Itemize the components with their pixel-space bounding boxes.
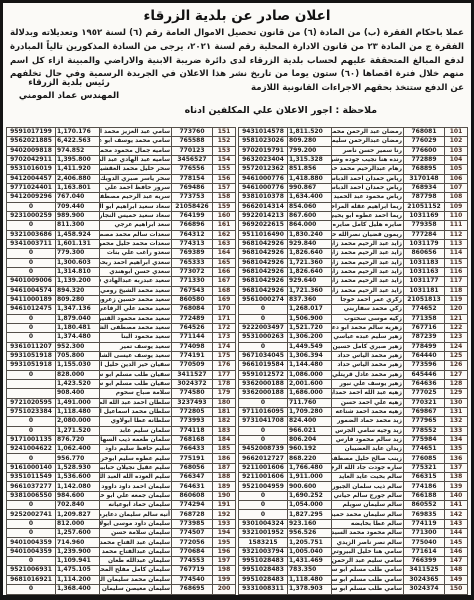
cell-account: 21051813 bbox=[404, 295, 445, 304]
signature-block: رئيس بلدية الزرقاء المهندس عماد المومني bbox=[11, 77, 127, 102]
cell-national_id: 9161000140 bbox=[7, 463, 56, 472]
cell-account: 774540 bbox=[172, 575, 213, 584]
cell-serial: 119 bbox=[445, 295, 468, 304]
cell-account: 766347 bbox=[172, 473, 213, 482]
cell-name: زهير محمد عادل قريتلي bbox=[332, 370, 404, 379]
cell-serial: 105 bbox=[445, 165, 468, 174]
cell-amount: 806.204 bbox=[288, 435, 332, 444]
table-row: 199774540سليمان محمد سليمان المرزوق1,114… bbox=[7, 575, 236, 584]
cell-national_id: 9231000259 bbox=[7, 211, 56, 220]
cell-account: 3024374 bbox=[404, 585, 445, 595]
cell-serial: 116 bbox=[445, 267, 468, 276]
cell-national_id: 0 bbox=[239, 426, 288, 435]
cell-amount: 952.300 bbox=[56, 342, 100, 351]
cell-name: سليمان احمد داود داوود bbox=[100, 482, 172, 491]
cell-amount: 1,268.017 bbox=[288, 305, 332, 314]
fees-note: ملاحظة : اجور الاعلان علي المكلفين ادناه bbox=[185, 105, 377, 116]
cell-name: زايد عبد الرحيم محمد زايد bbox=[332, 239, 404, 248]
cell-account: 775321 bbox=[404, 463, 445, 472]
announcement-page: اعلان صادر عن بلدية الزرقاء عملا باحكام … bbox=[0, 0, 474, 600]
cell-serial: 160 bbox=[213, 211, 236, 220]
cell-national_id: 0 bbox=[7, 557, 56, 566]
cell-national_id: 9731041708 bbox=[239, 417, 288, 426]
cell-serial: 192 bbox=[213, 510, 236, 519]
cell-serial: 102 bbox=[445, 137, 468, 146]
cell-national_id: 9301004324 bbox=[239, 519, 288, 528]
cell-account: 777025 bbox=[404, 389, 445, 398]
cell-amount: 714.960 bbox=[56, 538, 100, 547]
cell-account: 774507 bbox=[172, 529, 213, 538]
cell-name: زهيه عبد الله احمد حمدان bbox=[332, 389, 404, 398]
cell-serial: 171 bbox=[213, 314, 236, 323]
cell-account: 775040 bbox=[404, 538, 445, 547]
cell-amount: 799.200 bbox=[288, 146, 332, 155]
cell-name: زهير محمد الياس حداد bbox=[332, 361, 404, 370]
cell-amount: 929.640 bbox=[288, 277, 332, 286]
cell-national_id: 9562021885 bbox=[7, 137, 56, 146]
cell-serial: 147 bbox=[445, 557, 468, 566]
table-row: 146771614سامي هنا خليل البيروتي وشركاه1,… bbox=[239, 547, 468, 556]
cell-serial: 104 bbox=[445, 155, 468, 164]
cell-serial: 152 bbox=[213, 137, 236, 146]
cell-account: 773072 bbox=[172, 267, 213, 276]
table-row: 166773072سعدي حسن ابوهندي1,314.8100 bbox=[7, 267, 236, 276]
cell-amount: 1,144.480 bbox=[288, 361, 332, 370]
cell-account: 774098 bbox=[172, 342, 213, 351]
cell-national_id bbox=[7, 379, 56, 388]
cell-account: 787239 bbox=[404, 333, 445, 342]
cell-amount: 867.600 bbox=[288, 211, 332, 220]
cell-name: سفيان طلب مسلم ابو سرحان bbox=[100, 379, 172, 388]
cell-name: زينب صالح خليل مصطفى bbox=[332, 454, 404, 463]
cell-amount: 868.220 bbox=[288, 454, 332, 463]
cell-account: 771144 bbox=[172, 333, 213, 342]
cell-national_id: 0 bbox=[239, 314, 288, 323]
cell-name: سامي طلب مسلم ابو سرحان bbox=[332, 575, 404, 584]
cell-serial: 190 bbox=[213, 491, 236, 500]
cell-name: سلمان طعمه ذيب السهاونه bbox=[100, 435, 172, 444]
table-row: 101768081رمضان عبد الرحمن محمد طعيمة1,81… bbox=[239, 128, 468, 137]
cell-serial: 151 bbox=[213, 128, 236, 137]
cell-serial: 144 bbox=[445, 529, 468, 538]
cell-amount: 1,180.481 bbox=[56, 323, 100, 332]
cell-account: 774652 bbox=[404, 305, 445, 314]
cell-name: سفيان طلب مسلم ابو سرحان bbox=[100, 370, 172, 379]
cell-name: سامي طلب مسلم ابو سرحان bbox=[332, 566, 404, 575]
cell-account: 769835 bbox=[404, 510, 445, 519]
cell-national_id: 9401004359 bbox=[7, 538, 56, 547]
cell-serial: 113 bbox=[445, 239, 468, 248]
cell-amount: 1,118.480 bbox=[56, 407, 100, 416]
table-row: 1131031179زايد عبد الرحيم محمد زايد929.8… bbox=[239, 239, 468, 248]
cell-account: 772056 bbox=[172, 538, 213, 547]
cell-amount: 929.840 bbox=[288, 239, 332, 248]
cell-national_id bbox=[7, 389, 56, 398]
cell-serial: 110 bbox=[445, 211, 468, 220]
cell-account: 772805 bbox=[172, 407, 213, 416]
cell-amount: 767.040 bbox=[56, 193, 100, 202]
cell-name: سلطانه عطا ابولاوي bbox=[100, 417, 172, 426]
cell-amount: 1,475.105 bbox=[56, 566, 100, 575]
cell-amount: 1,271.520 bbox=[56, 426, 100, 435]
cell-account: 778499 bbox=[404, 342, 445, 351]
cell-serial: 108 bbox=[445, 193, 468, 202]
table-row: 181772805سلطان محمد اسماعيل الفريحات و ش… bbox=[7, 407, 236, 416]
table-row: 145775040سالم نصر ناصر الزيدي1,205.75115… bbox=[239, 538, 468, 547]
table-row: 132777965زيد محمد حماد الضمور824.4009731… bbox=[239, 417, 468, 426]
table-row: 192768728أنيه سالم سليمان دعايره1,209.82… bbox=[7, 510, 236, 519]
table-row: 133778552زيد وجيه سامي الجرس966.0210 bbox=[239, 426, 468, 435]
cell-name: سليم حافظ سليم داود bbox=[100, 445, 172, 454]
cell-amount: 1,709.280 bbox=[288, 407, 332, 416]
signature-name: المهندس عماد المومني bbox=[11, 90, 127, 103]
cell-account: 771614 bbox=[404, 547, 445, 556]
cell-amount: 1,054.000 bbox=[288, 501, 332, 510]
table-row: 141860552سالم سليمان سويلم1,054.0000 bbox=[239, 501, 468, 510]
table-row: 194774507سليمان سلامة حسن1,257.6000 bbox=[7, 529, 236, 538]
cell-serial: 164 bbox=[213, 249, 236, 258]
cell-amount: 1,205.751 bbox=[288, 538, 332, 547]
cell-serial: 123 bbox=[445, 333, 468, 342]
table-row: 190860608سليمان جمعه علي ابو خرمه984.600… bbox=[7, 491, 236, 500]
cell-serial: 141 bbox=[445, 501, 468, 510]
cell-serial: 197 bbox=[213, 557, 236, 566]
cell-national_id: 9381006550 bbox=[7, 491, 56, 500]
cell-amount: 1,315.328 bbox=[288, 155, 332, 164]
cell-amount: 1,879.040 bbox=[56, 314, 100, 323]
cell-amount: 1,347.136 bbox=[56, 305, 100, 314]
cell-account: 764440 bbox=[404, 351, 445, 360]
table-row: 140766188سالم جورج سالم حياني1,690.2520 bbox=[239, 491, 468, 500]
table-row: 172764526سعيد محمد مصطفى الشناوي1,180.48… bbox=[7, 323, 236, 332]
cell-name: سعاد سعيد خميس النجار bbox=[100, 211, 172, 220]
cell-name: سالم عطا بخايضه bbox=[332, 519, 404, 528]
cell-national_id: 9931051918 bbox=[7, 351, 56, 360]
cell-national_id: 9252002741 bbox=[7, 510, 56, 519]
table-row: 120774652زكي محمد سفاريني1,268.0170 bbox=[239, 305, 468, 314]
table-row: 158773753سريه عبد الرحيم مصطفى كنش767.04… bbox=[7, 193, 236, 202]
cell-account: 1031177 bbox=[404, 277, 445, 286]
cell-amount: 1,521.720 bbox=[288, 323, 332, 332]
cell-name: ريما ابراهيم عقله المراحله bbox=[332, 202, 404, 211]
cell-national_id: 9692022615 bbox=[239, 221, 288, 230]
cell-account: 772889 bbox=[404, 155, 445, 164]
table-row: 152765588سامي محمد يوسف ابو عيد6,422.563… bbox=[7, 137, 236, 146]
cell-serial: 178 bbox=[213, 379, 236, 388]
cell-amount: 705.800 bbox=[56, 351, 100, 360]
cell-serial: 132 bbox=[445, 417, 468, 426]
cell-name: رياض حمدان احمد الدباس bbox=[332, 183, 404, 192]
cell-name: سعدات سالم محمد مصطفى bbox=[100, 230, 172, 239]
cell-account: 774313 bbox=[172, 239, 213, 248]
table-row: 169860580سعيد محمد حسين زعرور809.2809411… bbox=[7, 295, 236, 304]
cell-national_id: 9521004959 bbox=[239, 482, 288, 491]
cell-name: سريه عبد الرحيم مصطفى كنش bbox=[100, 193, 172, 202]
table-row: 107768934رياض حمدان احمد الدباس990.86794… bbox=[239, 183, 468, 192]
table-row: 168767543سعيد محمد الشيخ رومي مكناوي894.… bbox=[7, 286, 236, 295]
cell-account: 769486 bbox=[172, 183, 213, 192]
cell-serial: 159 bbox=[213, 202, 236, 211]
taxpayers-table-right-half: 101768081رمضان عبد الرحمن محمد طعيمة1,81… bbox=[238, 127, 468, 595]
cell-account: 768168 bbox=[172, 435, 213, 444]
table-row: 1493024365سامي طلب مسلم ابو سرحان1,118.4… bbox=[239, 575, 468, 584]
cell-national_id: 0 bbox=[239, 398, 288, 407]
cell-name: سعيد محمد علي الرفاعي bbox=[100, 305, 172, 314]
table-row: 130770321زهيه علي احمد حسن711.7600 bbox=[239, 398, 468, 407]
cell-amount: 1,418.880 bbox=[288, 174, 332, 183]
cell-account: 769867 bbox=[404, 407, 445, 416]
cell-national_id: 0 bbox=[7, 585, 56, 595]
cell-national_id: 0 bbox=[239, 305, 288, 314]
cell-name: رنا سمير حسن ناصر bbox=[332, 146, 404, 155]
cell-name: رياض حمدان احمد الدباس bbox=[332, 174, 404, 183]
table-row: 1483411525سامي طلب مسلم ابو سرحان783.350… bbox=[239, 566, 468, 575]
cell-name: زهيه محمد احمد شناعه bbox=[332, 407, 404, 416]
cell-account: 1031181 bbox=[404, 286, 445, 295]
cell-national_id: 9321003794 bbox=[239, 547, 288, 556]
cell-national_id: 9922014213 bbox=[239, 211, 288, 220]
cell-account: 1031179 bbox=[404, 239, 445, 248]
cell-national_id: 0 bbox=[7, 417, 56, 426]
cell-national_id: 0 bbox=[7, 454, 56, 463]
cell-national_id: 9531000263 bbox=[239, 333, 288, 342]
cell-account: 776085 bbox=[404, 454, 445, 463]
cell-national_id: 9401004359 bbox=[7, 547, 56, 556]
table-row: 163774313سعدات محمد خليل محمود1,601.1319… bbox=[7, 239, 236, 248]
table-row: 138766315سالم بخيت عايد العايد1,911.0009… bbox=[239, 473, 468, 482]
cell-national_id: 0 bbox=[7, 323, 56, 332]
cell-amount: 1,306.394 bbox=[288, 351, 332, 360]
cell-national_id: 9361011207 bbox=[7, 342, 56, 351]
cell-name: سلمان سليم عابد bbox=[100, 426, 172, 435]
cell-national_id: 9581023026 bbox=[239, 137, 288, 146]
table-row: 155776556سحر خليل محمد العقشيه1,411.9209… bbox=[7, 165, 236, 174]
cell-serial: 107 bbox=[445, 183, 468, 192]
cell-name: رياض محمود عبد الحميد شموط bbox=[332, 193, 404, 202]
cell-amount: 923.160 bbox=[288, 519, 332, 528]
table-row: 170768084سعيد محمد علي الرفاعي1,347.1369… bbox=[7, 305, 236, 314]
cell-serial: 155 bbox=[213, 165, 236, 174]
cell-amount: 1,491.000 bbox=[56, 398, 100, 407]
table-row: 135774651زيدان عايد العضيبان960.19294520… bbox=[239, 445, 468, 454]
table-row: 1171031177زايد عبد الرحيم محمد زايد929.6… bbox=[239, 277, 468, 286]
cell-national_id: 9702042911 bbox=[7, 155, 56, 164]
cell-name: سامي محمد يوسف ابو عيد bbox=[100, 137, 172, 146]
cell-amount: 1,209.827 bbox=[56, 510, 100, 519]
table-row: 108787798رياض محمود عبد الحميد شموط1,634… bbox=[239, 193, 468, 202]
table-row: 11921051813زكري عمر احمد خوجا837.3609561… bbox=[239, 295, 468, 304]
cell-name: سامي هنا خليل البيروتي وشركاه bbox=[332, 547, 404, 556]
cell-amount: 1,911.000 bbox=[288, 473, 332, 482]
cell-serial: 165 bbox=[213, 258, 236, 267]
table-row: 122767716زهريه سالم محمد ابو دعجان1,521.… bbox=[239, 323, 468, 332]
cell-serial: 184 bbox=[213, 435, 236, 444]
cell-account: 860656 bbox=[404, 249, 445, 258]
table-row: 128764636زهير يوسف علي نبور2,001.6009362… bbox=[239, 379, 468, 388]
cell-amount: 1,114.200 bbox=[56, 575, 100, 584]
cell-serial: 125 bbox=[445, 351, 468, 360]
cell-amount: 1,374.480 bbox=[56, 333, 100, 342]
cell-serial: 153 bbox=[213, 146, 236, 155]
cell-account: 787798 bbox=[404, 193, 445, 202]
cell-name: ريما احمد عطوه ابو يحيى bbox=[332, 211, 404, 220]
cell-serial: 145 bbox=[445, 538, 468, 547]
cell-amount: 1,395.800 bbox=[56, 155, 100, 164]
cell-amount: 2,406.880 bbox=[56, 174, 100, 183]
cell-serial: 185 bbox=[213, 445, 236, 454]
cell-account: 764199 bbox=[172, 211, 213, 220]
cell-serial: 161 bbox=[213, 221, 236, 230]
cell-name: سعد ابراهيم عرجي bbox=[100, 221, 172, 230]
cell-serial: 163 bbox=[213, 239, 236, 248]
cell-serial: 162 bbox=[213, 230, 236, 239]
cell-name: زهيه علي احمد حسن bbox=[332, 398, 404, 407]
cell-national_id: 0 bbox=[7, 333, 56, 342]
cell-serial: 118 bbox=[445, 286, 468, 295]
cell-amount: 709.440 bbox=[56, 202, 100, 211]
cell-name: سعاد سعيد ابراهيم ابو الهوم bbox=[100, 202, 172, 211]
cell-account: 1031169 bbox=[404, 211, 445, 220]
taxpayers-table-left-half: 151773760سامي عبد العزيز محمد الباش1,170… bbox=[6, 127, 236, 595]
table-row: 134775984زيد سالم محمود فارس806.2040 bbox=[239, 435, 468, 444]
cell-account: 860608 bbox=[172, 491, 213, 500]
cell-name: سالم ذيب سلمان الجبور bbox=[332, 482, 404, 491]
cell-amount: 702.840 bbox=[56, 501, 100, 510]
cell-name: سلامة صباح سحوم bbox=[100, 389, 172, 398]
cell-amount: 711.760 bbox=[288, 398, 332, 407]
table-row: 144771300سالم محمود محمد السيد956.526932… bbox=[239, 529, 468, 538]
table-row: 1181031181زايد عبد الرحيم محمد زايد1,721… bbox=[239, 286, 468, 295]
table-row: 1503024374سامي طلب مسلم ابو سرحان1,378.9… bbox=[239, 585, 468, 595]
table-row: 191774294سليمان حماد ابوعيانه702.8400 bbox=[7, 501, 236, 510]
cell-national_id: 9241004622 bbox=[7, 445, 56, 454]
cell-national_id: 0 bbox=[7, 258, 56, 267]
cell-account: 776556 bbox=[172, 165, 213, 174]
cell-national_id: 9381010378 bbox=[239, 193, 288, 202]
cell-serial: 121 bbox=[445, 314, 468, 323]
cell-serial: 174 bbox=[213, 342, 236, 351]
cell-account: 768895 bbox=[404, 165, 445, 174]
cell-amount: 824.400 bbox=[288, 417, 332, 426]
table-row: 184768168سلمان طعمه ذيب السهاونه876.7209… bbox=[7, 435, 236, 444]
cell-name: سليمان محمد سليمان المرزوق bbox=[100, 575, 172, 584]
table-row: 1783024372سفيان طلب مسلم ابو سرحان1,423.… bbox=[7, 379, 236, 388]
cell-name: زهير يوسف علي نبور bbox=[332, 379, 404, 388]
cell-account: 772489 bbox=[172, 314, 213, 323]
cell-name: سالم سليمان سويلم bbox=[332, 501, 404, 510]
cell-amount: 864.000 bbox=[288, 221, 332, 230]
cell-name: سالم جورج سالم حياني bbox=[332, 491, 404, 500]
table-row: 129777025زهيه عبد الله احمد حمدان1,686.0… bbox=[239, 389, 468, 398]
table-row: 111779358صايره هليل كامل صايره864.000969… bbox=[239, 221, 468, 230]
cell-serial: 198 bbox=[213, 566, 236, 575]
cell-national_id: 9362000188 bbox=[239, 379, 288, 388]
cell-account: 765333 bbox=[172, 258, 213, 267]
table-row: 179774580سلامة صباح سحوم908.400 bbox=[7, 389, 236, 398]
cell-account: 771330 bbox=[172, 277, 213, 286]
cell-serial: 114 bbox=[445, 249, 468, 258]
cell-serial: 168 bbox=[213, 286, 236, 295]
cell-national_id: 9661037277 bbox=[7, 482, 56, 491]
table-row: 174774098سعيد يوسف تمير952.3009361011207 bbox=[7, 342, 236, 351]
cell-national_id: 0 bbox=[7, 370, 56, 379]
cell-national_id: 0 bbox=[7, 519, 56, 528]
table-row: 147766399سامي سليم عبد الرحمن جرادات1,43… bbox=[239, 557, 468, 566]
cell-national_id: 9461004574 bbox=[7, 286, 56, 295]
cell-account: 774580 bbox=[172, 389, 213, 398]
cell-account: 775191 bbox=[172, 454, 213, 463]
cell-name: زكيه موسى سحتوب bbox=[332, 314, 404, 323]
cell-name: زهريه سالم محمد ابو دعجان bbox=[332, 323, 404, 332]
cell-national_id: 9681042926 bbox=[239, 286, 288, 295]
cell-amount: 783.350 bbox=[288, 566, 332, 575]
table-row: 124778499زهير صبري كامل حسين1,449.5490 bbox=[239, 342, 468, 351]
cell-national_id: 9341003711 bbox=[7, 239, 56, 248]
cell-name: سحر ياسر صبري الدويك bbox=[100, 174, 172, 183]
table-row: 160764199سعاد سعيد خميس النجار989.900923… bbox=[7, 211, 236, 220]
table-row: 188766347سليم العوده الله العبد الله حدا… bbox=[7, 473, 236, 482]
cell-serial: 179 bbox=[213, 389, 236, 398]
cell-serial: 157 bbox=[213, 183, 236, 192]
cell-account: 3024372 bbox=[172, 379, 213, 388]
cell-amount: 1,062.400 bbox=[56, 445, 100, 454]
cell-name: سعيد محمد الشيخ رومي مكناوي bbox=[100, 286, 172, 295]
table-row: 15921058426سعاد سعيد ابراهيم ابو الهوم70… bbox=[7, 202, 236, 211]
table-row: 173771144سعيد محمود البنا1,374.4800 bbox=[7, 333, 236, 342]
cell-name: زهير محمد الياس حداد bbox=[332, 351, 404, 360]
cell-national_id: 9211001606 bbox=[239, 463, 288, 472]
table-row: 123787239زهير سليم عبده عباسي1,306.20095… bbox=[239, 333, 468, 342]
table-row: 195772056سليمان عبد الفتاح محمد شهاب714.… bbox=[7, 538, 236, 547]
cell-account: 777965 bbox=[404, 417, 445, 426]
cell-name: زيد محمد حماد الضمور bbox=[332, 417, 404, 426]
cell-amount: 1,239.900 bbox=[56, 547, 100, 556]
cell-serial: 150 bbox=[445, 585, 468, 595]
cell-account: 773985 bbox=[172, 519, 213, 528]
cell-national_id: 0 bbox=[7, 501, 56, 510]
cell-name: زهير سليم عبده عباسي bbox=[332, 333, 404, 342]
cell-amount: 1,431.469 bbox=[288, 557, 332, 566]
cell-serial: 191 bbox=[213, 501, 236, 510]
cell-amount: 1,257.600 bbox=[56, 529, 100, 538]
cell-account: 771358 bbox=[404, 314, 445, 323]
cell-amount: 956.526 bbox=[288, 529, 332, 538]
cell-serial: 127 bbox=[445, 370, 468, 379]
cell-amount: 6,422.563 bbox=[56, 137, 100, 146]
cell-serial: 181 bbox=[213, 407, 236, 416]
cell-name: زكري عمر احمد خوجا bbox=[332, 295, 404, 304]
table-row: 142769835سالم سليمان محمد حميد1,827.2950 bbox=[239, 510, 468, 519]
cell-serial: 180 bbox=[213, 398, 236, 407]
cell-amount: 1,634.400 bbox=[288, 193, 332, 202]
table-row: 197774553سليمان عبدالله طعان1,109.9410 bbox=[7, 557, 236, 566]
cell-account: 765588 bbox=[172, 137, 213, 146]
cell-national_id: 9681042926 bbox=[239, 267, 288, 276]
cell-serial: 149 bbox=[445, 575, 468, 584]
cell-amount: 1,306.200 bbox=[288, 333, 332, 342]
cell-account: 766896 bbox=[172, 221, 213, 230]
cell-name: سالم سليمان محمد حميد bbox=[332, 510, 404, 519]
cell-name: زايد عبد الرحيم محمد زايد bbox=[332, 277, 404, 286]
cell-name: رهام عبدالرحيم محمد خضر 664 وشركاها bbox=[332, 165, 404, 174]
table-row: 1063170148رياض حمدان احمد الدباس1,418.88… bbox=[239, 174, 468, 183]
cell-name: سفيان خير الدين خليل العباسي bbox=[100, 361, 172, 370]
cell-name: ريمون فضيان نصرالله حداد bbox=[332, 230, 404, 239]
cell-name: سليم عقيل نجيلان حبابيه و شركاه bbox=[100, 463, 172, 472]
table-row: 186775191سليم عطوه سليم ابوخرمة956.7700 bbox=[7, 454, 236, 463]
cell-serial: 117 bbox=[445, 277, 468, 286]
table-row: 171772489سعيد محمد محمود القتير1,879.040… bbox=[7, 314, 236, 323]
